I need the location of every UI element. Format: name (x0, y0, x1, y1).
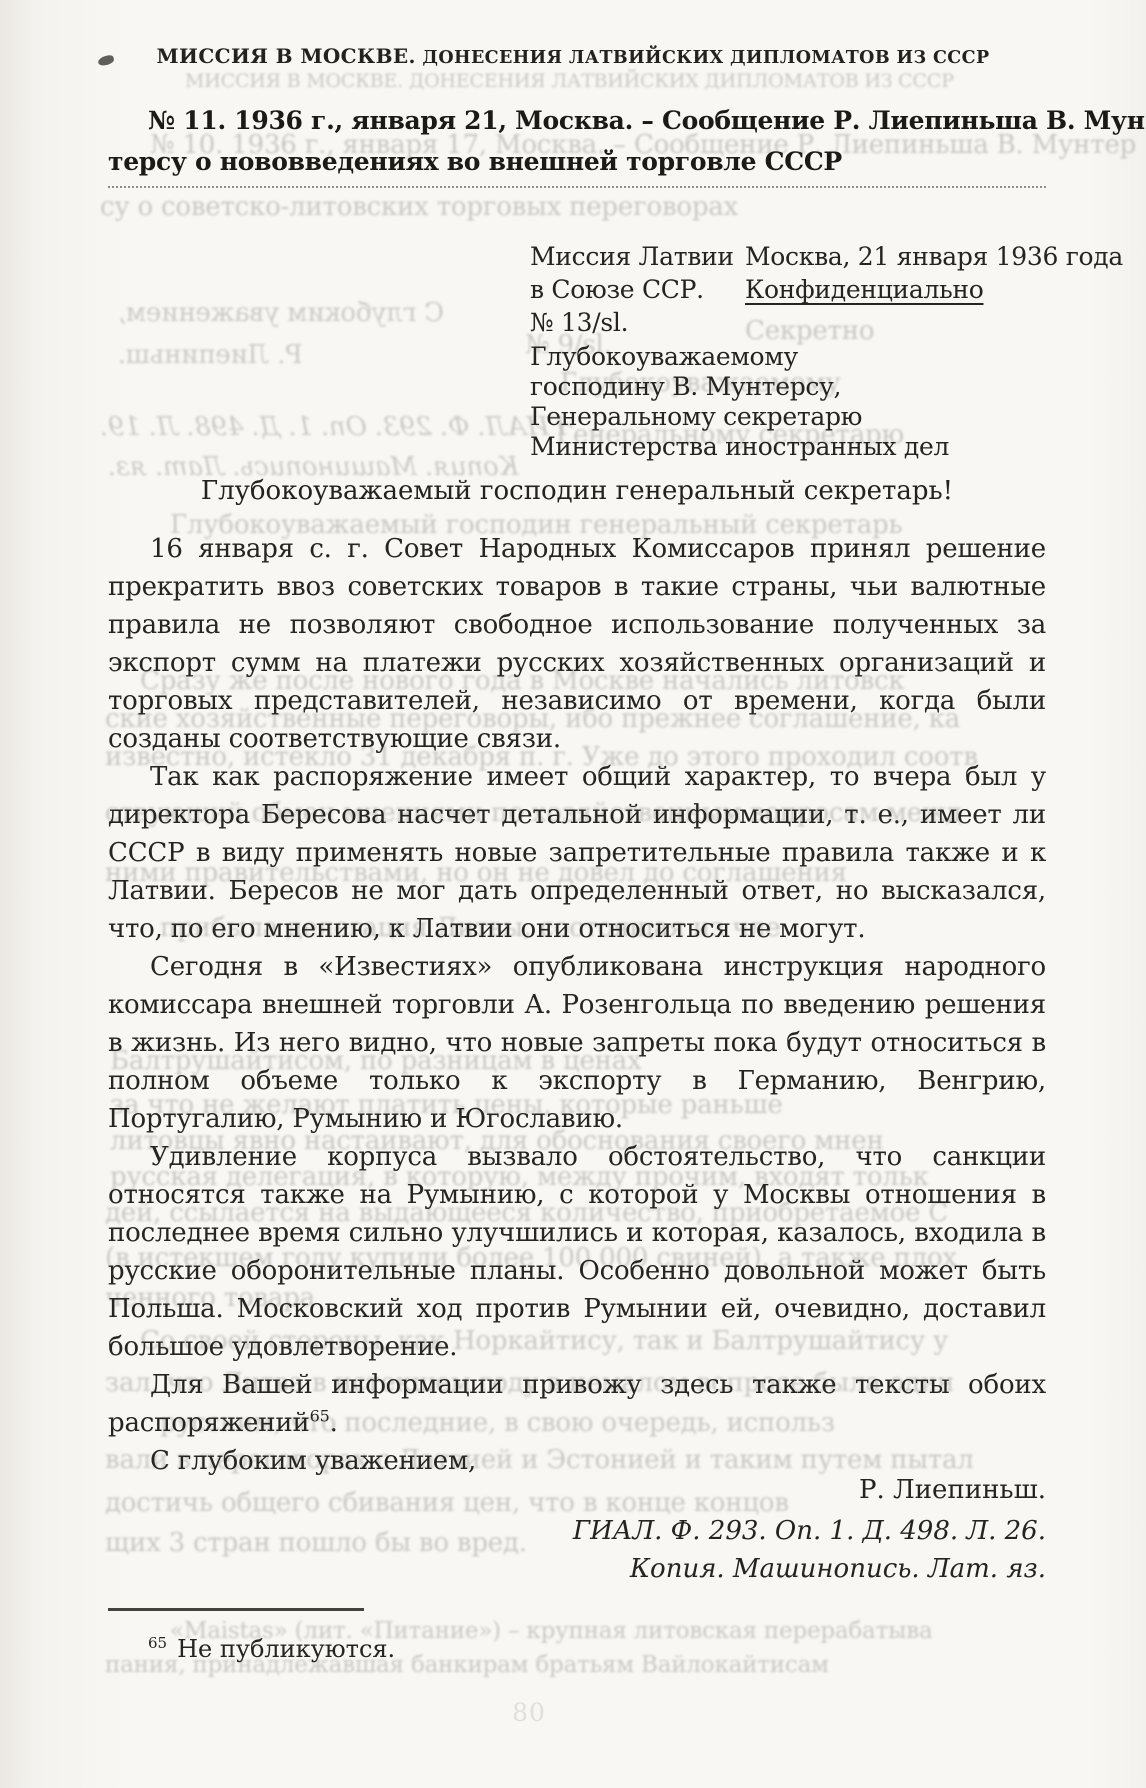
sender-line: № 13/sl. (530, 306, 745, 339)
paragraph: Сегодня в «Известиях» опубликована инстр… (108, 948, 1046, 1138)
page-number: 80 (0, 1698, 1102, 1727)
letterhead-date-block: Москва, 21 января 1936 года Конфиденциал… (745, 240, 1123, 339)
addressee-line: Генеральному секретарю (530, 402, 949, 432)
footnote-marker: 65 (148, 1634, 167, 1652)
page-content: МИССИЯ В МОСКВЕ. ДОНЕСЕНИЯ ЛАТВИЙСКИХ ДИ… (0, 0, 1146, 1788)
paragraph-tail: . (330, 1408, 338, 1438)
addressee-line: Глубокоуважаемому (530, 342, 949, 372)
document-title-line2: терсу о нововведениях во внешней торговл… (108, 141, 1046, 182)
classification-stamp: Конфиденциально (745, 273, 1123, 306)
salutation: Глубокоуважаемый господин генеральный се… (108, 476, 1046, 506)
running-header-part2: ДОНЕСЕНИЯ ЛАТВИЙСКИХ ДИПЛОМАТОВ ИЗ СССР (416, 48, 990, 68)
paragraph: 16 января с. г. Совет Народных Комиссаро… (108, 530, 1046, 758)
letterhead-sender: Миссия Латвии в Союзе ССР. № 13/sl. (530, 240, 745, 339)
addressee-line: Министерства иностранных дел (530, 432, 949, 462)
running-header: МИССИЯ В МОСКВЕ. ДОНЕСЕНИЯ ЛАТВИЙСКИХ ДИ… (0, 44, 1146, 68)
sender-line: Миссия Латвии (530, 240, 745, 273)
letter-body: 16 января с. г. Совет Народных Комиссаро… (108, 530, 1046, 1480)
footnote-reference: 65 (310, 1406, 330, 1425)
document-title-line1: № 11. 1936 г., января 21, Москва. – Сооб… (108, 100, 1046, 141)
running-header-part1: МИССИЯ В МОСКВЕ. (156, 44, 415, 68)
paragraph: Удивление корпуса вызвало обстоятельство… (108, 1138, 1046, 1366)
paragraph: Так как распоряжение имеет общий характе… (108, 758, 1046, 948)
addressee-block: Глубокоуважаемому господину В. Мунтерсу,… (530, 342, 949, 462)
book-page: МИССИЯ В МОСКВЕ. ДОНЕСЕНИЯ ЛАТВИЙСКИХ ДИ… (0, 0, 1146, 1788)
footnote-rule (108, 1608, 364, 1611)
document-title: № 11. 1936 г., января 21, Москва. – Сооб… (108, 100, 1046, 182)
letterhead: Миссия Латвии в Союзе ССР. № 13/sl. Моск… (530, 240, 1123, 339)
signature-block: Р. Лиепиньш. ГИАЛ. Ф. 293. Оп. 1. Д. 498… (108, 1470, 1046, 1588)
document-type-note: Копия. Машинопись. Лат. яз. (108, 1550, 1046, 1588)
dotted-divider (108, 186, 1046, 188)
archive-citation: ГИАЛ. Ф. 293. Оп. 1. Д. 498. Л. 26. (108, 1512, 1046, 1550)
sender-line: в Союзе ССР. (530, 273, 745, 306)
place-date: Москва, 21 января 1936 года (745, 240, 1123, 273)
paragraph-text: Для Вашей информации привожу здесь также… (108, 1370, 1046, 1438)
paragraph-with-footnote-ref: Для Вашей информации привожу здесь также… (108, 1366, 1046, 1442)
signature-name: Р. Лиепиньш. (108, 1470, 1046, 1510)
footnote: 65Не публикуются. (108, 1634, 908, 1663)
footnote-text: Не публикуются. (177, 1635, 395, 1663)
addressee-line: господину В. Мунтерсу, (530, 372, 949, 402)
